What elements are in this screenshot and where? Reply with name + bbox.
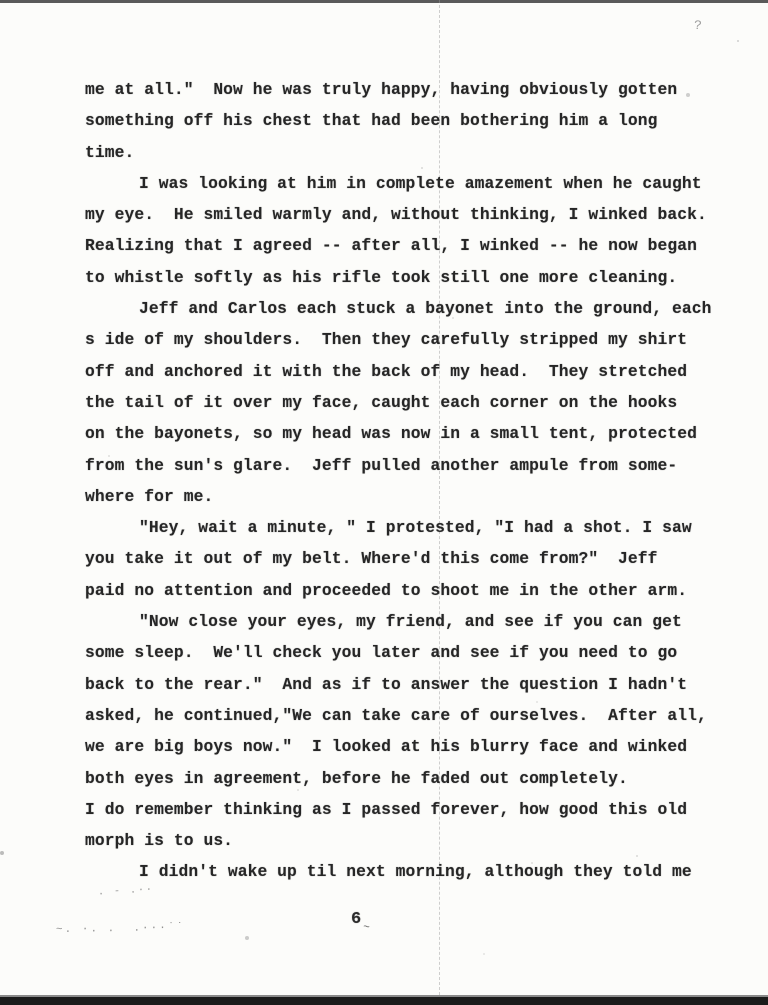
stray-mark: ? (693, 18, 702, 34)
typed-line: we are big boys now." I looked at his bl… (85, 731, 725, 762)
scan-specks (0, 0, 2, 2)
typed-line: Jeff and Carlos each stuck a bayonet int… (85, 293, 725, 324)
typed-line: you take it out of my belt. Where'd this… (85, 543, 725, 574)
scan-edge-top (0, 0, 768, 3)
typed-line: both eyes in agreement, before he faded … (85, 763, 725, 794)
typed-line: Realizing that I agreed -- after all, I … (85, 230, 725, 261)
typed-line: s ide of my shoulders. Then they careful… (85, 324, 725, 355)
typed-line: "Hey, wait a minute, " I protested, "I h… (85, 512, 725, 543)
typed-line: something off his chest that had been bo… (85, 105, 725, 136)
page-number: 6 (351, 910, 361, 929)
typed-line: back to the rear." And as if to answer t… (85, 669, 725, 700)
typed-line: off and anchored it with the back of my … (85, 356, 725, 387)
typed-text-block: me at all." Now he was truly happy, havi… (85, 74, 725, 888)
typed-line: the tail of it over my face, caught each… (85, 387, 725, 418)
typed-line: where for me. (85, 481, 725, 512)
scanned-page: ? me at all." Now he was truly happy, ha… (0, 0, 768, 1005)
typed-line: morph is to us. (85, 825, 725, 856)
typed-line: I do remember thinking as I passed forev… (85, 794, 725, 825)
pencil-smudge: ~. ·. . .···˙˙ (56, 922, 185, 936)
scan-edge-bottom (0, 995, 768, 1005)
typed-line: I was looking at him in complete amazeme… (85, 168, 725, 199)
typed-line: paid no attention and proceeded to shoot… (85, 575, 725, 606)
page-number-smudge: ~ (362, 922, 370, 935)
typed-line: to whistle softly as his rifle took stil… (85, 262, 725, 293)
typed-line: me at all." Now he was truly happy, havi… (85, 74, 725, 105)
typed-line: from the sun's glare. Jeff pulled anothe… (85, 450, 725, 481)
typed-line: "Now close your eyes, my friend, and see… (85, 606, 725, 637)
pencil-smudge: . - .·· (98, 885, 155, 899)
typed-line: time. (85, 137, 725, 168)
typed-line: some sleep. We'll check you later and se… (85, 637, 725, 668)
typed-line: I didn't wake up til next morning, altho… (85, 856, 725, 887)
typed-line: my eye. He smiled warmly and, without th… (85, 199, 725, 230)
typed-line: asked, he continued,"We can take care of… (85, 700, 725, 731)
typed-line: on the bayonets, so my head was now in a… (85, 418, 725, 449)
